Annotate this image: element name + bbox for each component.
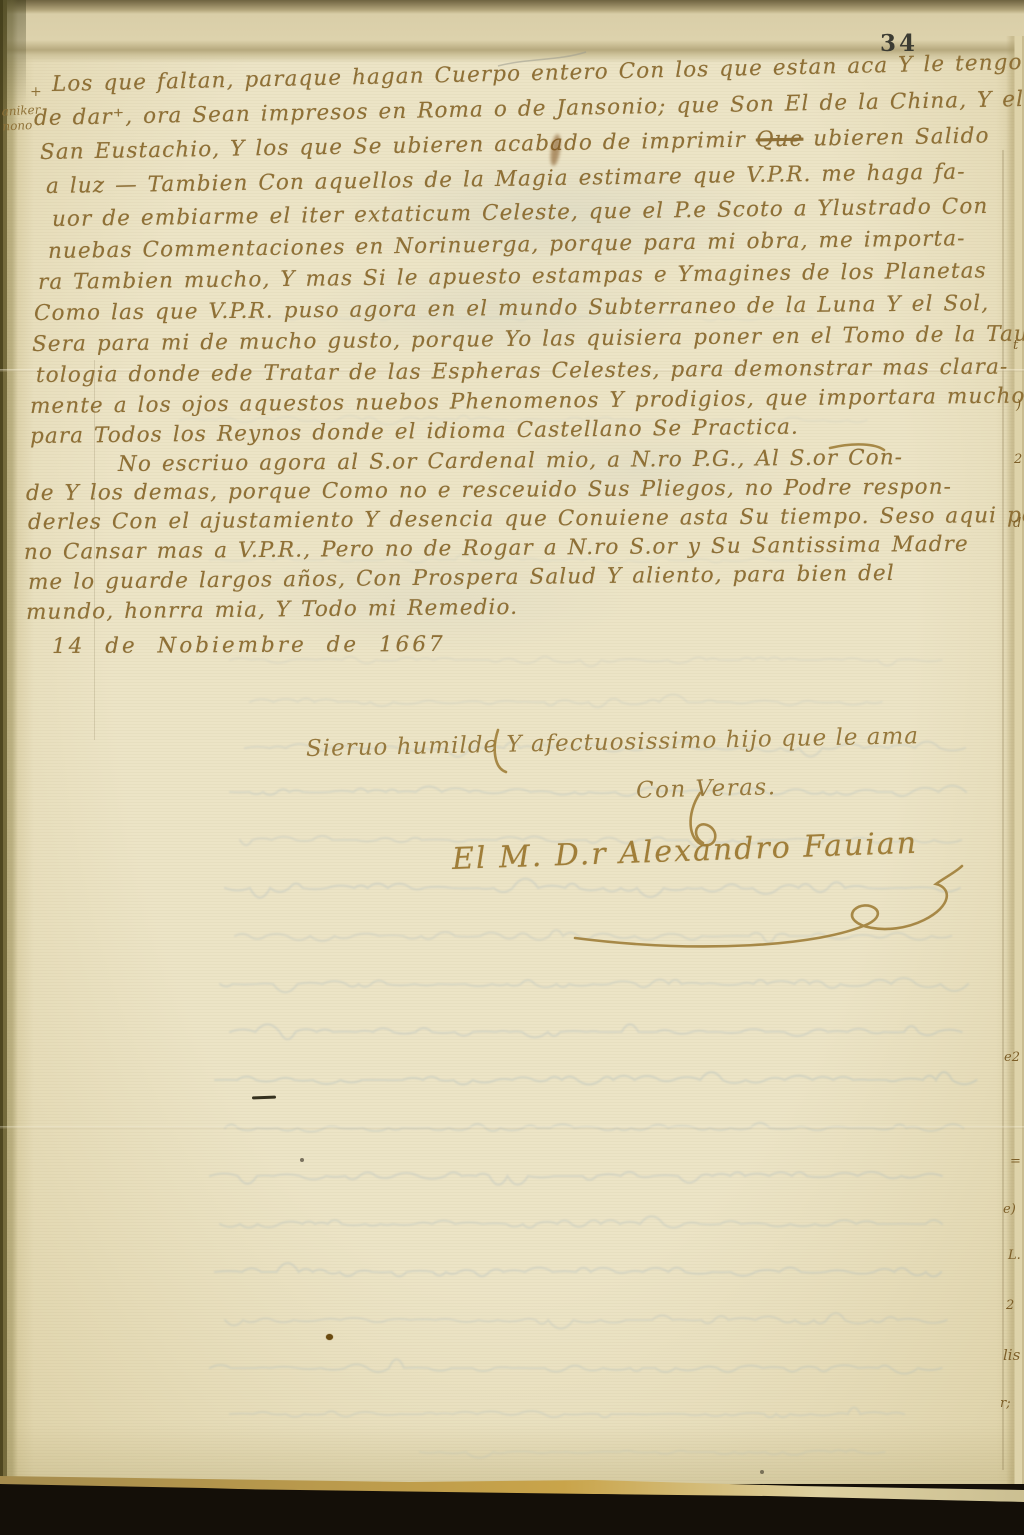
manuscript-photo: { "page": { "number": "34", "plus_mark":… — [0, 0, 1024, 1535]
edge-ink-mark: 2 — [1006, 1298, 1014, 1313]
edge-ink-mark: d — [1013, 516, 1021, 531]
edge-ink-mark: L. — [1008, 1248, 1021, 1263]
edge-ink-mark: 2 — [1014, 452, 1022, 467]
signature-rubric — [0, 0, 1024, 1535]
paper-speck — [300, 1158, 304, 1162]
edge-ink-mark: ) — [1016, 398, 1021, 413]
ink-blot — [326, 1334, 333, 1340]
edge-ink-mark: e) — [1003, 1202, 1016, 1217]
edge-ink-mark: lis — [1003, 1346, 1020, 1364]
edge-ink-mark: t — [1013, 338, 1018, 353]
edge-ink-mark: e2 — [1004, 1050, 1020, 1065]
edge-ink-mark: = — [1010, 1154, 1021, 1169]
edge-ink-mark: r; — [1000, 1396, 1011, 1411]
paper-speck — [760, 1470, 764, 1474]
